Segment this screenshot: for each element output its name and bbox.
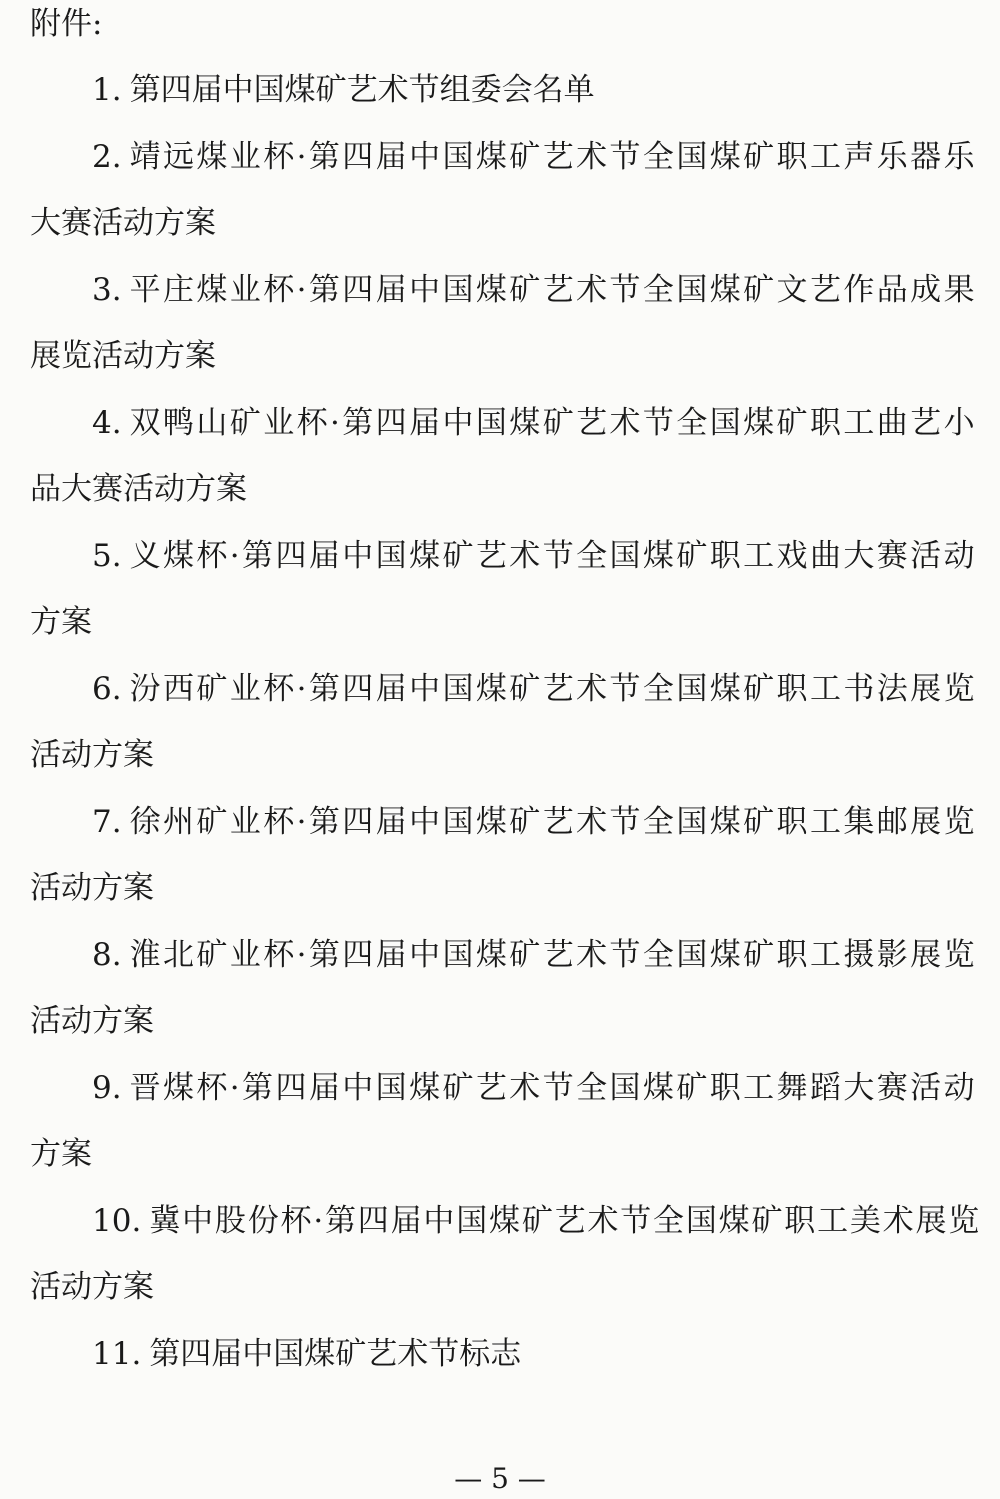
list-item-3: 3.平庄煤业杯·第四届中国煤矿艺术节全国煤矿文艺作品成果	[0, 270, 1000, 310]
list-item-7: 7.徐州矿业杯·第四届中国煤矿艺术节全国煤矿职工集邮展览	[0, 802, 1000, 842]
list-item-2: 2.靖远煤业杯·第四届中国煤矿艺术节全国煤矿职工声乐器乐	[0, 137, 1000, 177]
list-item-7-continuation: 活动方案	[30, 868, 1000, 908]
attachments-heading: 附件:	[30, 4, 1000, 44]
list-item-5-continuation: 方案	[30, 602, 1000, 642]
list-item-9: 9.晋煤杯·第四届中国煤矿艺术节全国煤矿职工舞蹈大赛活动	[0, 1068, 1000, 1108]
list-item-5: 5.义煤杯·第四届中国煤矿艺术节全国煤矿职工戏曲大赛活动	[0, 536, 1000, 576]
list-item-8: 8.淮北矿业杯·第四届中国煤矿艺术节全国煤矿职工摄影展览	[0, 935, 1000, 975]
list-item-11: 11.第四届中国煤矿艺术节标志	[0, 1334, 1000, 1374]
list-item-6-continuation: 活动方案	[30, 735, 1000, 775]
list-item-8-continuation: 活动方案	[30, 1001, 1000, 1041]
list-item-10-continuation: 活动方案	[30, 1267, 1000, 1307]
list-item-1: 1.第四届中国煤矿艺术节组委会名单	[0, 70, 1000, 110]
list-item-10: 10.冀中股份杯·第四届中国煤矿艺术节全国煤矿职工美术展览	[0, 1201, 1000, 1241]
list-item-2-continuation: 大赛活动方案	[30, 203, 1000, 243]
list-item-9-continuation: 方案	[30, 1134, 1000, 1174]
list-item-6: 6.汾西矿业杯·第四届中国煤矿艺术节全国煤矿职工书法展览	[0, 669, 1000, 709]
page-number: — 5 —	[0, 1462, 1000, 1495]
list-item-4: 4.双鸭山矿业杯·第四届中国煤矿艺术节全国煤矿职工曲艺小	[0, 403, 1000, 443]
list-item-3-continuation: 展览活动方案	[30, 336, 1000, 376]
list-item-4-continuation: 品大赛活动方案	[30, 469, 1000, 509]
